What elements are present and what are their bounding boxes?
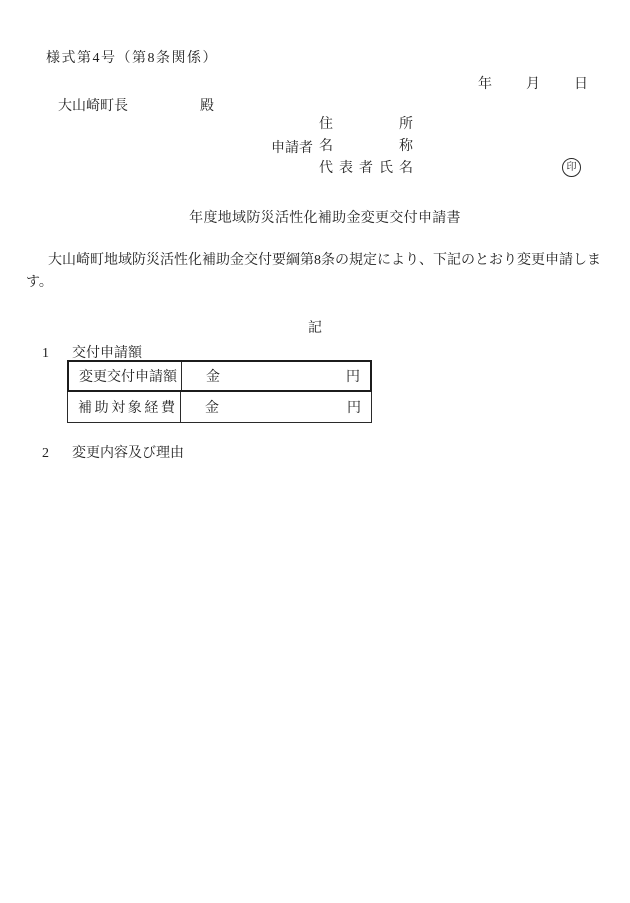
document-page: 様式第4号（第8条関係） 年 月 日 大山崎町長殿 申請者 住所 名称 代表者氏… [0, 0, 630, 903]
table-row-change-application-amount: 変更交付申請額 金 円 [67, 360, 372, 392]
applicant-name-label: 名称 [319, 136, 413, 158]
document-title: 年度地域防災活性化補助金変更交付申請書 [0, 207, 630, 227]
row-value-subsidy-target-expense: 金 円 [181, 392, 371, 422]
date-line: 年 月 日 [478, 73, 590, 93]
applicant-label: 申請者 [271, 137, 313, 157]
body-paragraph: 大山崎町地域防災活性化補助金交付要綱第8条の規定により、下記のとおり変更申請しま… [26, 250, 604, 294]
applicant-address-label: 住所 [319, 114, 413, 136]
currency-prefix: 金 [206, 366, 220, 386]
table-row-subsidy-target-expense: 補助対象経費 金 円 [67, 392, 372, 423]
seal-character: 印 [567, 163, 577, 173]
currency-prefix: 金 [205, 397, 219, 417]
item-2-number: 2 [42, 446, 49, 462]
amount-table: 変更交付申請額 金 円 補助対象経費 金 円 [67, 360, 372, 423]
addressee-name: 大山崎町長 [58, 99, 128, 114]
form-number: 様式第4号（第8条関係） [46, 47, 218, 67]
currency-suffix: 円 [347, 397, 361, 417]
row-label-subsidy-target-expense: 補助対象経費 [68, 392, 181, 422]
item-2-heading: 2変更内容及び理由 [42, 442, 184, 462]
record-marker: 記 [0, 317, 630, 337]
item-1-heading: 1交付申請額 [42, 342, 142, 362]
item-1-label: 交付申請額 [72, 346, 142, 361]
item-1-number: 1 [42, 346, 49, 362]
row-value-change-application-amount: 金 円 [182, 362, 370, 390]
applicant-fields: 住所 名称 代表者氏名 [319, 114, 413, 180]
item-2-label: 変更内容及び理由 [72, 446, 184, 461]
addressee-line: 大山崎町長殿 [58, 95, 214, 115]
seal-mark-icon: 印 [562, 158, 581, 177]
row-label-change-application-amount: 変更交付申請額 [69, 362, 182, 390]
applicant-representative-label: 代表者氏名 [319, 158, 413, 180]
applicant-block: 申請者 住所 名称 代表者氏名 [271, 114, 413, 180]
currency-suffix: 円 [346, 366, 360, 386]
addressee-honorific: 殿 [200, 99, 214, 114]
